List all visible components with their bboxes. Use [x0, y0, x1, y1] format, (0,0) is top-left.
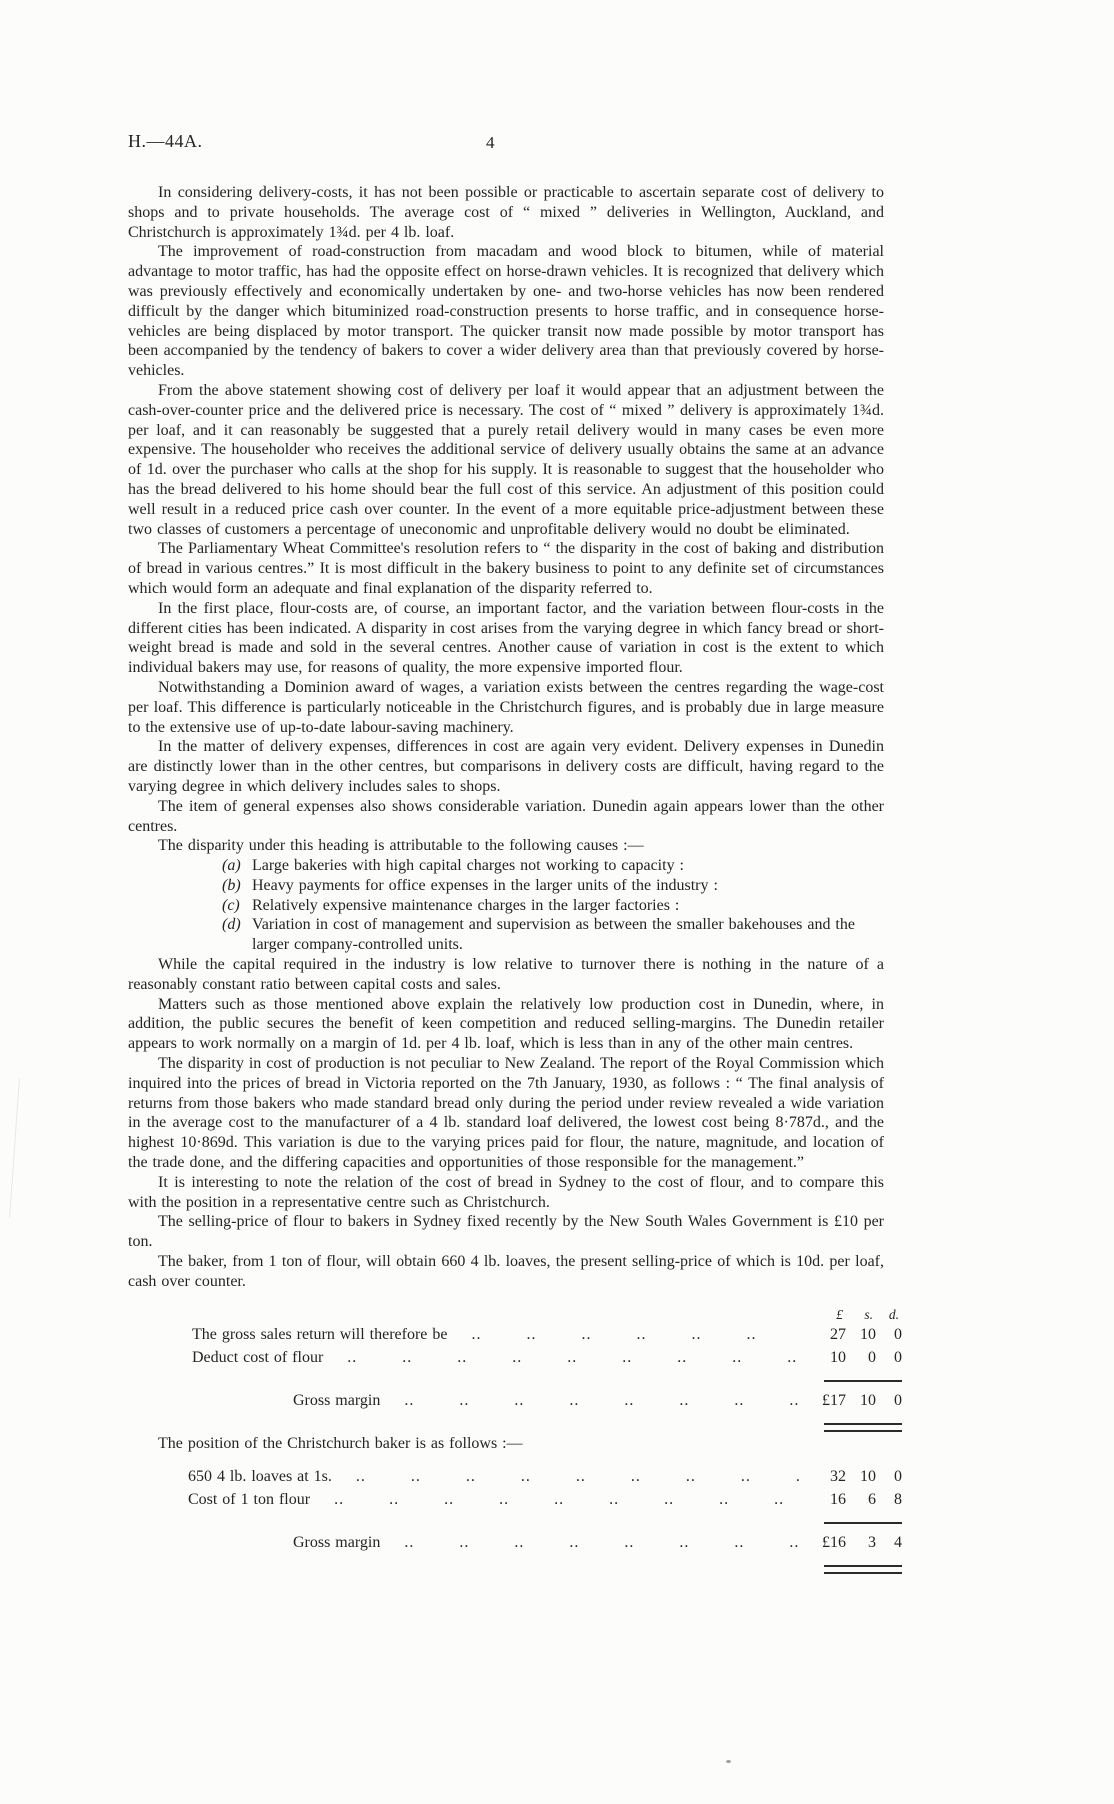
list-marker: (b) — [222, 876, 241, 896]
list-item-a: (a) Large bakeries with high capital cha… — [128, 856, 884, 876]
amount-pence: 0 — [876, 1391, 902, 1411]
dot-leader: .. .. .. .. .. .. .. .. .. .. — [380, 1533, 800, 1553]
paragraph-delivery-costs: In considering delivery-costs, it has no… — [128, 183, 884, 242]
paragraph-delivery-expenses: In the matter of delivery expenses, diff… — [128, 737, 884, 796]
page-number: 4 — [486, 133, 495, 153]
paragraph-victoria-commission: The disparity in cost of production is n… — [128, 1054, 884, 1173]
list-item-b: (b) Heavy payments for office expenses i… — [128, 876, 884, 896]
table-row-gross-margin: Gross margin .. .. .. .. .. .. .. .. .. … — [293, 1391, 902, 1415]
amount-pounds: £17 — [800, 1391, 846, 1411]
amount-pounds: £16 — [800, 1533, 846, 1553]
paragraph-flour-costs: In the first place, flour-costs are, of … — [128, 599, 884, 678]
financial-statement-sydney: £ s. d. The gross sales return will ther… — [128, 1305, 884, 1433]
row-label: Cost of 1 ton flour — [188, 1490, 310, 1510]
dot-leader: .. .. .. .. .. .. .. .. .. .. — [380, 1391, 800, 1411]
list-text: Variation in cost of management and supe… — [252, 916, 855, 953]
scan-artifact-line — [9, 1078, 20, 1218]
rule-single — [824, 1380, 902, 1382]
list-item-d: (d) Variation in cost of management and … — [128, 915, 884, 955]
amount-shillings: 3 — [846, 1533, 876, 1553]
amount-shillings: 6 — [846, 1490, 876, 1510]
statement-column-headers: £ s. d. — [128, 1305, 902, 1325]
amount-pence: 8 — [876, 1490, 902, 1510]
row-label: Gross margin — [293, 1391, 380, 1411]
amount-pence: 0 — [876, 1467, 902, 1487]
amount-pounds: 27 — [800, 1325, 846, 1345]
paragraph-flour-selling-price: The selling-price of flour to bakers in … — [128, 1212, 884, 1252]
page-body: In considering delivery-costs, it has no… — [128, 183, 884, 1576]
list-marker: (a) — [222, 856, 241, 876]
financial-statement-christchurch: 650 4 lb. loaves at 1s. .. .. .. .. .. .… — [128, 1467, 884, 1575]
column-header-pence: d. — [876, 1305, 902, 1325]
paragraph-dunedin-margins: Matters such as those mentioned above ex… — [128, 995, 884, 1054]
amount-shillings: 0 — [846, 1348, 876, 1368]
paragraph-general-expenses: The item of general expenses also shows … — [128, 797, 884, 837]
table-row-gross-margin: Gross margin .. .. .. .. .. .. .. .. .. … — [293, 1533, 902, 1557]
dot-leader: .. .. .. .. .. .. .. .. .. .. — [323, 1348, 800, 1368]
dot-leader: .. .. .. .. .. .. .. .. .. .. — [310, 1490, 800, 1510]
list-text: Heavy payments for office expenses in th… — [252, 877, 718, 894]
amount-pence: 0 — [876, 1348, 902, 1368]
column-header-shillings: s. — [846, 1305, 876, 1325]
rule-double — [824, 1565, 902, 1574]
table-row-loaves: 650 4 lb. loaves at 1s. .. .. .. .. .. .… — [188, 1467, 902, 1491]
paragraph-wheat-committee: The Parliamentary Wheat Committee's reso… — [128, 539, 884, 598]
amount-pounds: 10 — [800, 1348, 846, 1368]
list-marker: (c) — [222, 896, 240, 916]
column-header-pounds: £ — [800, 1305, 846, 1325]
paragraph-baker-yield: The baker, from 1 ton of flour, will obt… — [128, 1252, 884, 1292]
table-row-deduct-flour: Deduct cost of flour .. .. .. .. .. .. .… — [192, 1348, 902, 1372]
document-page: H.—44A. 4 In considering delivery-costs,… — [0, 0, 1114, 1804]
christchurch-intro: The position of the Christchurch baker i… — [128, 1434, 884, 1454]
dot-leader: .. .. .. .. .. .. .. .. .. .. — [447, 1325, 800, 1345]
list-item-c: (c) Relatively expensive maintenance cha… — [128, 896, 884, 916]
amount-shillings: 10 — [846, 1467, 876, 1487]
amount-pounds: 32 — [800, 1467, 846, 1487]
paragraph-sydney-comparison: It is interesting to note the relation o… — [128, 1173, 884, 1213]
document-reference: H.—44A. — [128, 131, 203, 152]
paragraph-price-adjustment: From the above statement showing cost of… — [128, 381, 884, 539]
scan-artifact-dot — [726, 1760, 731, 1763]
causes-intro: The disparity under this heading is attr… — [128, 836, 884, 856]
amount-pence: 4 — [876, 1533, 902, 1553]
rule-single — [824, 1522, 902, 1524]
dot-leader: .. .. .. .. .. .. .. .. .. .. — [332, 1467, 800, 1487]
amount-pence: 0 — [876, 1325, 902, 1345]
paragraph-capital-ratio: While the capital required in the indust… — [128, 955, 884, 995]
row-label: Deduct cost of flour — [192, 1348, 323, 1368]
paragraph-wages: Notwithstanding a Dominion award of wage… — [128, 678, 884, 737]
amount-shillings: 10 — [846, 1391, 876, 1411]
list-text: Large bakeries with high capital charges… — [252, 857, 684, 874]
row-label: Gross margin — [293, 1533, 380, 1553]
amount-pounds: 16 — [800, 1490, 846, 1510]
row-label: The gross sales return will therefore be — [192, 1325, 447, 1345]
paragraph-road-construction: The improvement of road-construction fro… — [128, 242, 884, 381]
table-row-gross-sales: The gross sales return will therefore be… — [192, 1325, 902, 1349]
table-row-flour-cost: Cost of 1 ton flour .. .. .. .. .. .. ..… — [188, 1490, 902, 1514]
list-marker: (d) — [222, 915, 241, 935]
row-label: 650 4 lb. loaves at 1s. — [188, 1467, 332, 1487]
amount-shillings: 10 — [846, 1325, 876, 1345]
rule-double — [824, 1423, 902, 1432]
list-text: Relatively expensive maintenance charges… — [252, 897, 679, 914]
